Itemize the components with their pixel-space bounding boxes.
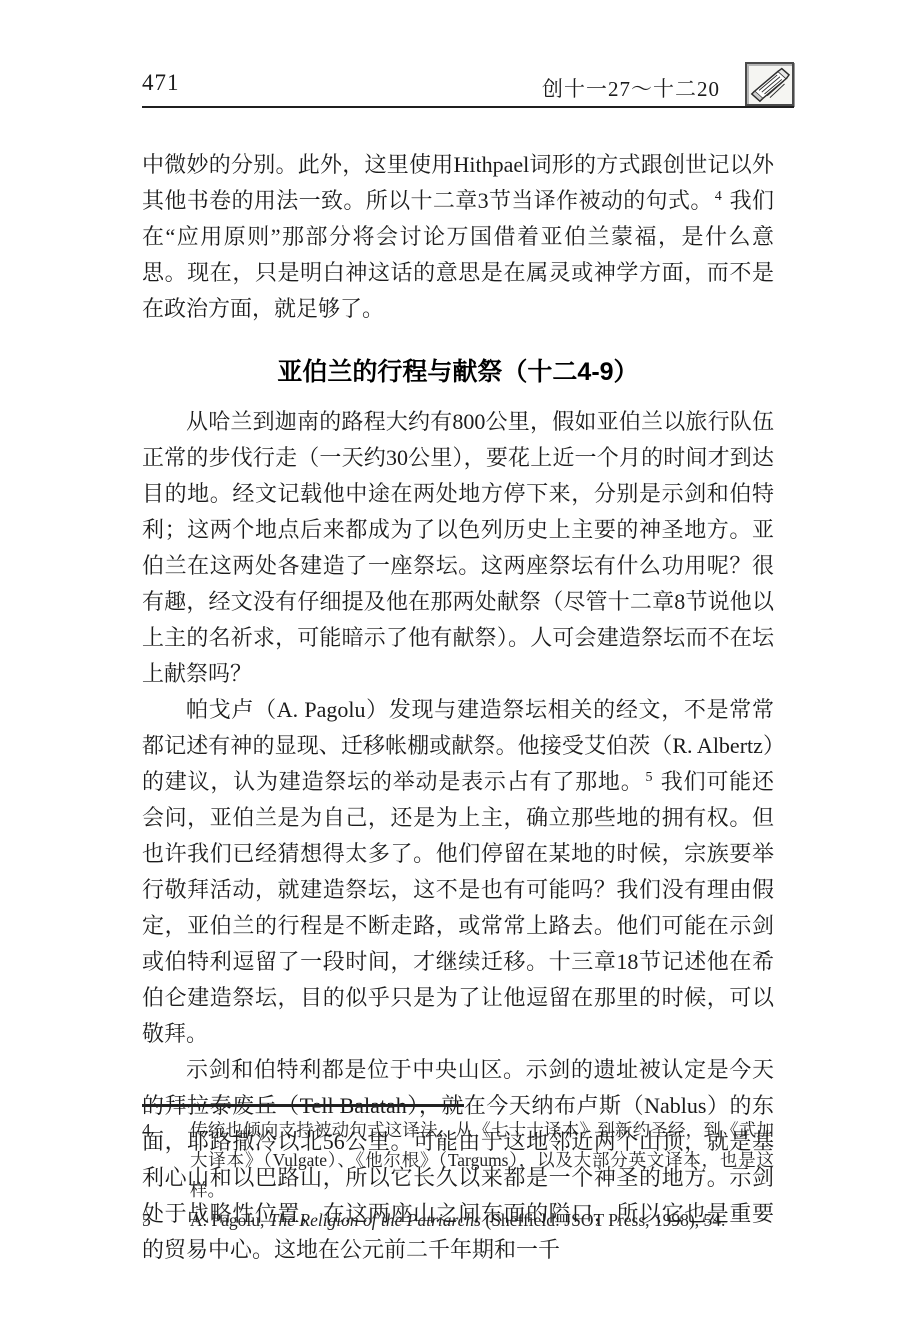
section-heading: 亚伯兰的行程与献祭（十二4-9） — [142, 353, 774, 391]
footnote-text-italic: The Religion of the Patriarchs — [269, 1210, 481, 1230]
footnote-text: A. Pagolu, The Religion of the Patriarch… — [190, 1205, 774, 1235]
footnote-number: 5 — [142, 1205, 190, 1235]
paragraph-1: 中微妙的分别。此外，这里使用Hithpael词形的方式跟创世记以外其他书卷的用法… — [142, 147, 774, 327]
footnote-text-plain: (Sheffield: JSOT Press, 1998), 54. — [481, 1210, 725, 1230]
footnote-text: 传统也倾向支持被动句式这译法，从《七十士译本》到新约圣经，到《武加大译本》（Vu… — [190, 1115, 774, 1205]
footnote-number: 4 — [142, 1115, 190, 1205]
footnotes-section: 4 传统也倾向支持被动句式这译法，从《七十士译本》到新约圣经，到《武加大译本》（… — [142, 1104, 774, 1235]
header-rule — [142, 106, 794, 108]
scroll-icon — [745, 62, 794, 106]
paragraph-text: 中微妙的分别。此外，这里使用Hithpael词形的方式跟创世记以外其他书卷的用法… — [142, 152, 774, 213]
footnote-ref-4: 4 — [713, 189, 724, 204]
paragraph-3: 帕戈卢（A. Pagolu）发现与建造祭坛相关的经文，不是常常都记述有神的显现、… — [142, 692, 774, 1052]
scripture-reference: 创十一27～十二20 — [542, 73, 720, 103]
footnote-4: 4 传统也倾向支持被动句式这译法，从《七十士译本》到新约圣经，到《武加大译本》（… — [142, 1115, 774, 1205]
footnote-text-plain: A. Pagolu, — [190, 1210, 269, 1230]
footnote-ref-5: 5 — [644, 770, 655, 785]
footnote-separator — [142, 1104, 464, 1107]
footnote-5: 5 A. Pagolu, The Religion of the Patriar… — [142, 1205, 774, 1235]
paragraph-text: 我们可能还会问，亚伯兰是为自己，还是为上主，确立那些地的拥有权。但也许我们已经猜… — [142, 769, 774, 1046]
paragraph-2: 从哈兰到迦南的路程大约有800公里，假如亚伯兰以旅行队伍正常的步伐行走（一天约3… — [142, 404, 774, 692]
main-text: 中微妙的分别。此外，这里使用Hithpael词形的方式跟创世记以外其他书卷的用法… — [142, 147, 774, 1268]
page-number: 471 — [142, 70, 180, 96]
